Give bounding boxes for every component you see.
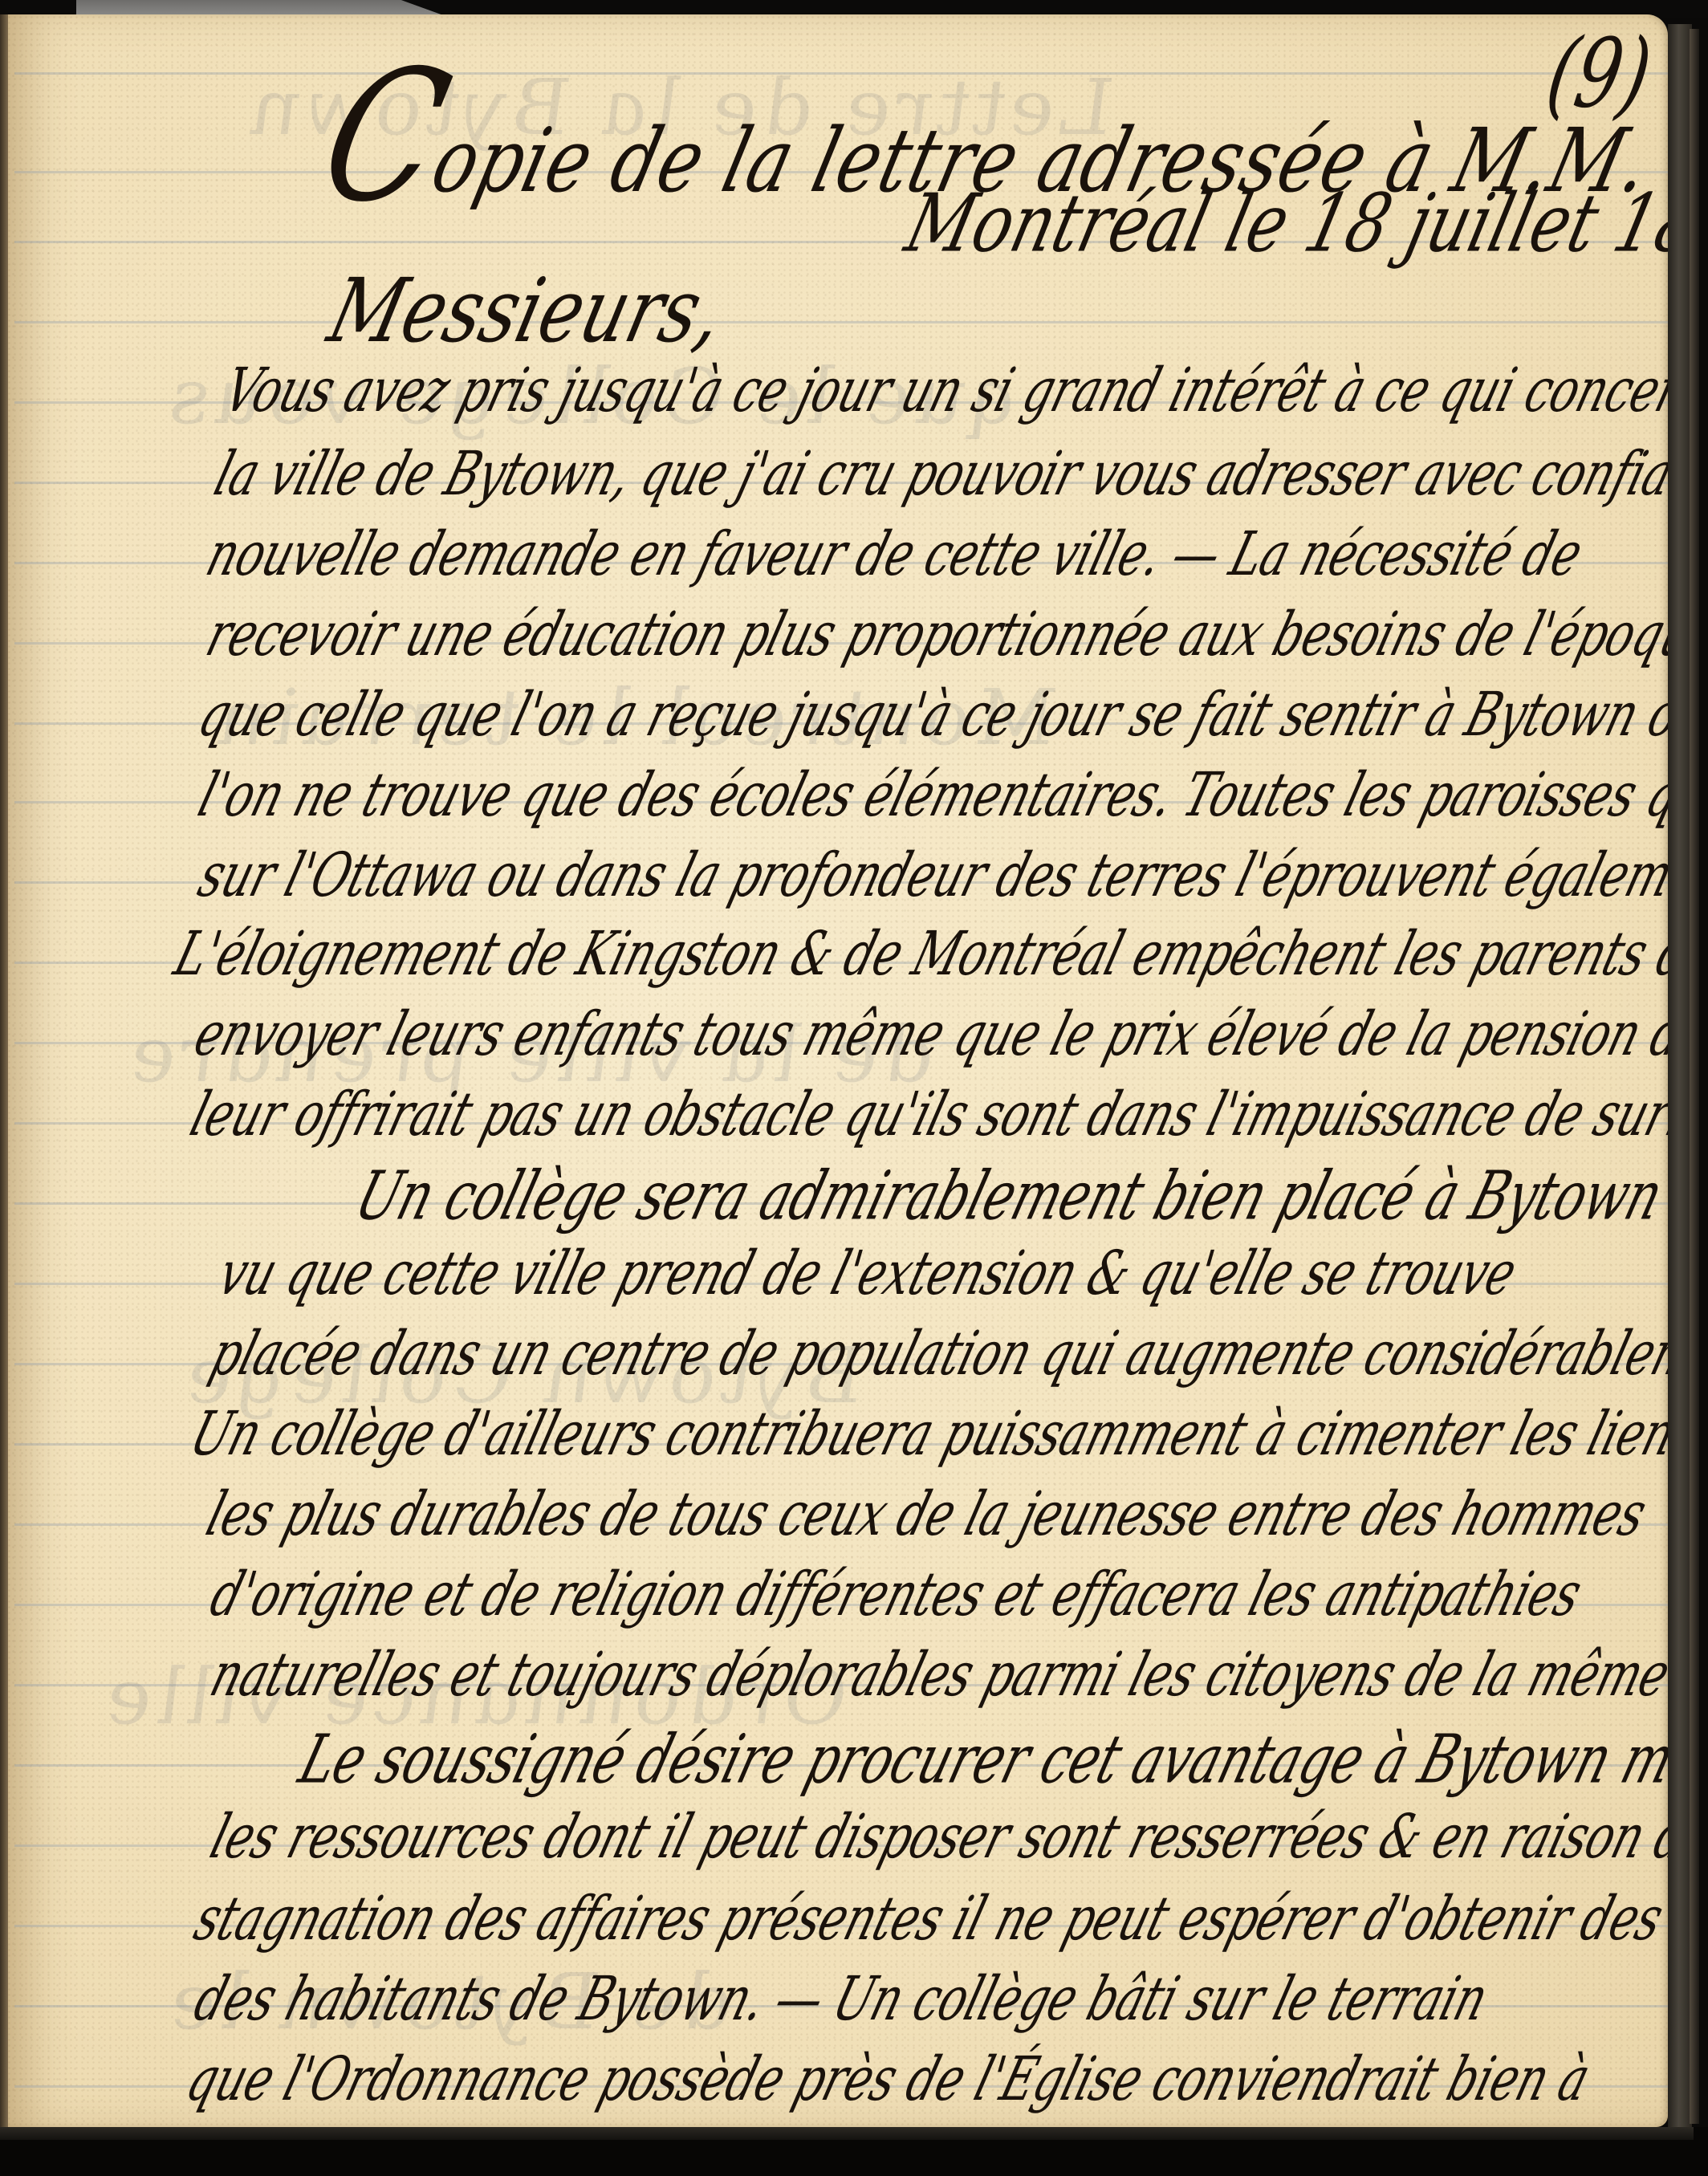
letter-line: Un collège sera admirablement bien placé… xyxy=(348,1156,1668,1235)
book-binding xyxy=(1668,24,1692,2127)
book-cover-edge xyxy=(0,2127,1694,2140)
letter-line: que celle que l'on a reçue jusqu'à ce jo… xyxy=(191,680,1668,750)
salutation: Messieurs, xyxy=(319,258,734,362)
letter-line: la ville de Bytown, que j'ai cru pouvoir… xyxy=(207,439,1668,510)
previous-page-corner xyxy=(76,0,445,16)
letter-line: des habitants de Bytown. — Un collège bâ… xyxy=(187,1964,1495,2035)
place-date: Montréal le 18 juillet 1848. xyxy=(897,177,1668,270)
letter-line: nouvelle demande en faveur de cette vill… xyxy=(199,519,1589,590)
manuscript-page: Lettre de la Bytown que le College vous … xyxy=(6,14,1668,2127)
letter-line: l'on ne trouve que des écoles élémentair… xyxy=(191,760,1668,831)
letter-line: recevoir une éducation plus proportionné… xyxy=(199,600,1668,670)
letter-line: les plus durables de tous ceux de la jeu… xyxy=(199,1479,1653,1550)
ruled-line xyxy=(14,321,1668,323)
book-binding-edge xyxy=(1690,29,1699,2124)
letter-line: naturelles et toujours déplorables parmi… xyxy=(203,1640,1668,1710)
letter-line: L'éloignement de Kingston & de Montréal … xyxy=(167,919,1668,990)
letter-line: les ressources dont il peut disposer son… xyxy=(203,1802,1668,1873)
ruled-line xyxy=(14,72,1668,75)
letter-line: stagnation des affaires présentes il ne … xyxy=(187,1884,1668,1954)
letter-line: Vous avez pris jusqu'à ce jour un si gra… xyxy=(217,356,1668,426)
letter-line: sur l'Ottawa ou dans la profondeur des t… xyxy=(191,840,1668,911)
letter-line: que l'Ordonnance possède près de l'Églis… xyxy=(179,2044,1597,2115)
letter-line: leur offrirait pas un obstacle qu'ils so… xyxy=(183,1080,1668,1150)
page-left-edge xyxy=(0,14,8,2127)
letter-line: Un collège d'ailleurs contribuera puissa… xyxy=(183,1399,1668,1470)
letter-line: envoyer leurs enfants tous même que le p… xyxy=(187,999,1668,1070)
letter-line: vu que cette ville prend de l'extension … xyxy=(211,1238,1523,1309)
letter-line: Le soussigné désire procurer cet avantag… xyxy=(291,1719,1668,1799)
letter-line: d'origine et de religion différentes et … xyxy=(203,1560,1588,1630)
letter-line: placée dans un centre de population qui … xyxy=(203,1319,1668,1389)
